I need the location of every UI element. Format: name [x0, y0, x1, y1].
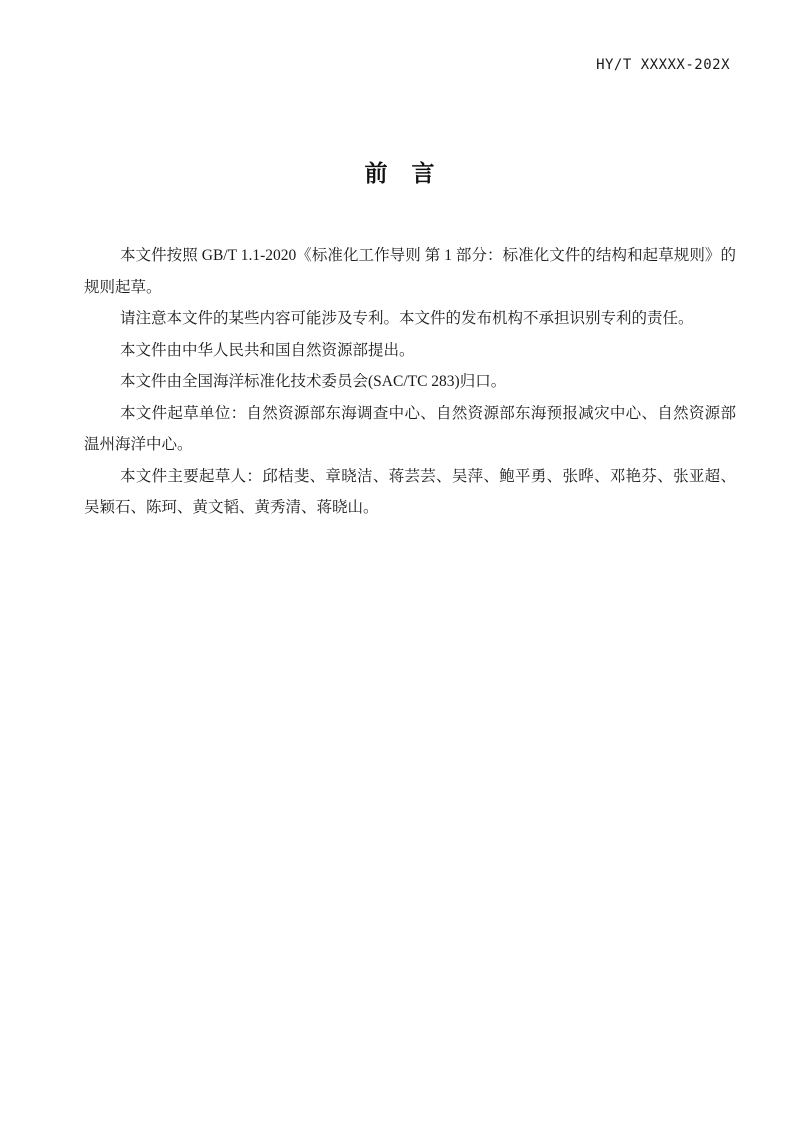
foreword-paragraph-drafting-rules: 本文件按照 GB/T 1.1-2020《标准化工作导则 第 1 部分：标准化文件… [84, 240, 736, 303]
foreword-paragraph-centralized-by: 本文件由全国海洋标准化技术委员会(SAC/TC 283)归口。 [84, 366, 736, 398]
standard-number-header: HY/T XXXXX-202X [596, 57, 730, 73]
foreword-paragraph-drafting-organizations: 本文件起草单位：自然资源部东海调查中心、自然资源部东海预报减灾中心、自然资源部温… [84, 398, 736, 461]
foreword-paragraph-proposed-by: 本文件由中华人民共和国自然资源部提出。 [84, 335, 736, 367]
foreword-body: 本文件按照 GB/T 1.1-2020《标准化工作导则 第 1 部分：标准化文件… [84, 240, 736, 524]
document-page: HY/T XXXXX-202X 前 言 本文件按照 GB/T 1.1-2020《… [0, 0, 800, 1132]
foreword-paragraph-patent-notice: 请注意本文件的某些内容可能涉及专利。本文件的发布机构不承担识别专利的责任。 [84, 303, 736, 335]
foreword-paragraph-main-drafters: 本文件主要起草人：邱桔斐、章晓洁、蒋芸芸、吴萍、鲍平勇、张晔、邓艳芬、张亚超、吴… [84, 461, 736, 524]
foreword-title: 前 言 [0, 155, 800, 188]
